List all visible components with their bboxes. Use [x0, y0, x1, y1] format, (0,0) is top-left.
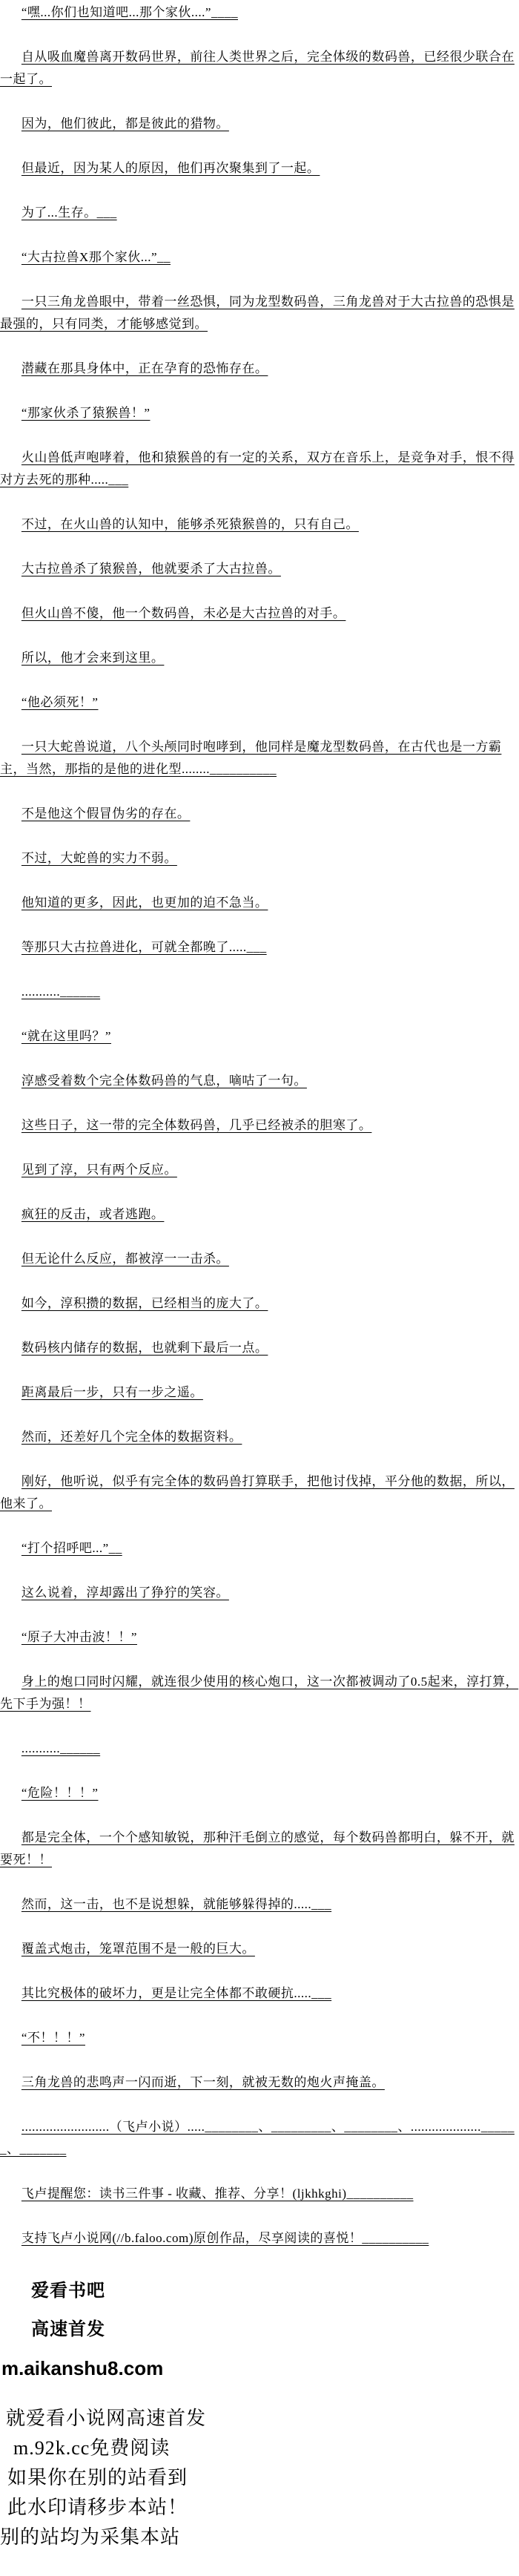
novel-paragraph: “嘿...你们也知道吧...那个家伙....”____ [0, 1, 519, 24]
novel-paragraph: 但无论什么反应，都被淳一一击杀。 [0, 1248, 519, 1270]
novel-paragraph: “危险！！！” [0, 1782, 519, 1804]
novel-paragraph: 然而，这一击，也不是说想躲，就能够躲得掉的.....___ [0, 1893, 519, 1916]
novel-paragraph: 但火山兽不傻，他一个数码兽，未必是大古拉兽的对手。 [0, 602, 519, 625]
novel-paragraph: “不！！！” [0, 2027, 519, 2049]
novel-paragraph: .........................（飞卢小说）.....____… [0, 2116, 519, 2161]
novel-paragraph: 如今，淳积攒的数据，已经相当的庞大了。 [0, 1292, 519, 1315]
watermark-secondary-block: 就爱看小说网高速首发 m.92k.cc免费阅读 如果你在别的站看到 此水印请移步… [0, 2404, 519, 2552]
novel-paragraph: 三角龙兽的悲鸣声一闪而逝，下一刻，就被无数的炮火声掩盖。 [0, 2071, 519, 2094]
novel-paragraph: 身上的炮口同时闪耀，就连很少使用的核心炮口，这一次都被调动了0.5起来，淳打算，… [0, 1671, 519, 1715]
novel-paragraph: “那家伙杀了猿猴兽！” [0, 402, 519, 424]
novel-paragraph: 自从吸血魔兽离开数码世界，前往人类世界之后，完全体级的数码兽，已经很少联合在一起… [0, 46, 519, 91]
novel-paragraph: 为了...生存。___ [0, 202, 519, 224]
novel-paragraph: 覆盖式炮击，笼罩范围不是一般的巨大。 [0, 1938, 519, 1960]
watermark-tagline: 高速首发 [31, 2310, 519, 2349]
watermark-primary-block: 爱看书吧 高速首发 m.aikanshu8.com [0, 2272, 519, 2388]
novel-paragraph: “就在这里吗？” [0, 1025, 519, 1048]
novel-paragraph: 其比究极体的破坏力，更是让完全体都不敢硬抗.....___ [0, 1982, 519, 2005]
novel-paragraph: 他知道的更多，因此，也更加的迫不急当。 [0, 892, 519, 914]
novel-paragraph: 距离最后一步，只有一步之遥。 [0, 1381, 519, 1404]
novel-paragraph: 支持飞卢小说网(//b.faloo.com)原创作品，尽享阅读的喜悦！_____… [0, 2227, 519, 2250]
novel-paragraph: 不是他这个假冒伪劣的存在。 [0, 803, 519, 825]
novel-paragraph: 然而，还差好几个完全体的数据资料。 [0, 1426, 519, 1448]
novel-paragraph: 这么说着，淳却露出了狰狞的笑容。 [0, 1582, 519, 1604]
novel-paragraph: 刚好，他听说，似乎有完全体的数码兽打算联手，把他讨伐掉，平分他的数据，所以，他来… [0, 1471, 519, 1515]
novel-paragraph: ...........______ [0, 1738, 519, 1760]
novel-paragraph: 飞卢提醒您：读书三件事 - 收藏、推荐、分享！(ljkhkghi)_______… [0, 2183, 519, 2205]
watermark2-line: 如果你在别的站看到 [7, 2463, 519, 2493]
novel-paragraph: 但最近，因为某人的原因，他们再次聚集到了一起。 [0, 157, 519, 180]
novel-paragraph: “原子大冲击波！！” [0, 1626, 519, 1649]
novel-reader-page: “嘿...你们也知道吧...那个家伙....”____自从吸血魔兽离开数码世界，… [0, 0, 519, 2552]
novel-paragraph: 一只大蛇兽说道，八个头颅同时咆哮到，他同样是魔龙型数码兽，在古代也是一方霸主，当… [0, 736, 519, 781]
watermark-site-url: m.aikanshu8.com [1, 2349, 519, 2388]
novel-paragraph: “打个招呼吧...”__ [0, 1537, 519, 1560]
novel-paragraph: 火山兽低声咆哮着，他和猿猴兽的有一定的关系，双方在音乐上，是竞争对手，恨不得对方… [0, 447, 519, 491]
novel-paragraph: ...........______ [0, 981, 519, 1003]
novel-paragraph: 因为，他们彼此，都是彼此的猎物。 [0, 113, 519, 135]
novel-paragraph: 见到了淳，只有两个反应。 [0, 1159, 519, 1181]
chapter-text: “嘿...你们也知道吧...那个家伙....”____自从吸血魔兽离开数码世界，… [0, 0, 519, 2250]
watermark2-line: 此水印请移步本站！ [7, 2493, 519, 2523]
novel-paragraph: “大古拉兽X那个家伙...”__ [0, 246, 519, 269]
novel-paragraph: 这些日子，这一带的完全体数码兽，几乎已经被杀的胆寒了。 [0, 1114, 519, 1137]
novel-paragraph: 疯狂的反击，或者逃跑。 [0, 1203, 519, 1226]
novel-paragraph: 一只三角龙兽眼中，带着一丝恐惧，同为龙型数码兽，三角龙兽对于大古拉兽的恐惧是最强… [0, 291, 519, 335]
novel-paragraph: 潜藏在那具身体中，正在孕育的恐怖存在。 [0, 358, 519, 380]
novel-paragraph: 大古拉兽杀了猿猴兽，他就要杀了大古拉兽。 [0, 558, 519, 580]
watermark2-line: 别的站均为采集本站 [0, 2523, 519, 2552]
watermark-site-name: 爱看书吧 [31, 2272, 519, 2310]
novel-paragraph: 不过，在火山兽的认知中，能够杀死猿猴兽的，只有自己。 [0, 513, 519, 536]
novel-paragraph: 都是完全体，一个个感知敏锐，那种汗毛倒立的感觉，每个数码兽都明白，躲不开，就要死… [0, 1827, 519, 1871]
novel-paragraph: 淳感受着数个完全体数码兽的气息，嘀咕了一句。 [0, 1070, 519, 1092]
novel-paragraph: 数码核内储存的数据，也就剩下最后一点。 [0, 1337, 519, 1359]
novel-paragraph: 等那只大古拉兽进化，可就全都晚了.....___ [0, 936, 519, 959]
novel-paragraph: 不过，大蛇兽的实力不弱。 [0, 847, 519, 870]
novel-paragraph: “他必须死！” [0, 691, 519, 714]
novel-paragraph: 所以，他才会来到这里。 [0, 647, 519, 669]
watermark2-line: m.92k.cc免费阅读 [13, 2434, 519, 2463]
watermark2-line: 就爱看小说网高速首发 [6, 2404, 519, 2434]
